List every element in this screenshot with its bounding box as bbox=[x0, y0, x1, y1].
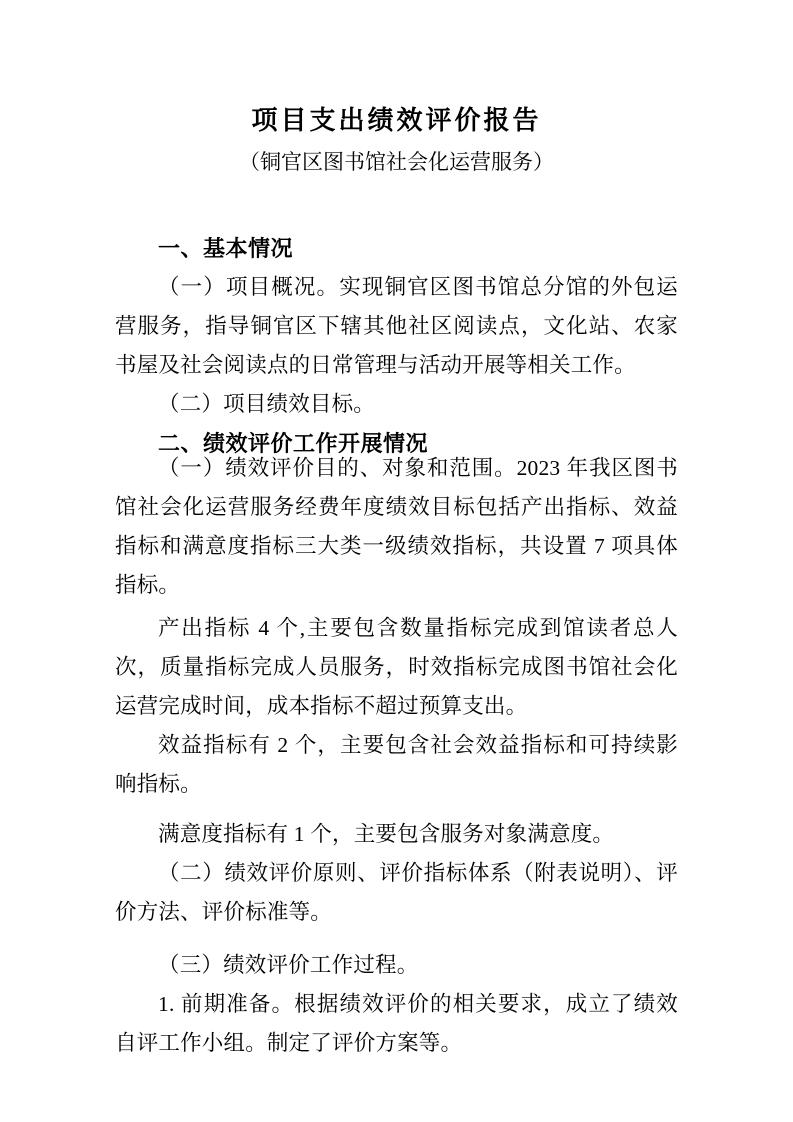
document-subtitle: （铜官区图书馆社会化运营服务） bbox=[115, 145, 678, 179]
document-title: 项目支出绩效评价报告 bbox=[115, 103, 678, 139]
paragraph: （一）项目概况。实现铜官区图书馆总分馆的外包运营服务，指导铜官区下辖其他社区阅读… bbox=[115, 268, 678, 385]
document-body: 一、基本情况（一）项目概况。实现铜官区图书馆总分馆的外包运营服务，指导铜官区下辖… bbox=[115, 229, 678, 1063]
paragraph: 满意度指标有 1 个，主要包含服务对象满意度。 bbox=[115, 815, 678, 854]
paragraph: （一）绩效评价目的、对象和范围。2023 年我区图书馆社会化运营服务经费年度绩效… bbox=[115, 449, 678, 605]
paragraph: （二）项目绩效目标。 bbox=[115, 385, 678, 424]
paragraph: 1. 前期准备。根据绩效评价的相关要求，成立了绩效自评工作小组。制定了评价方案等… bbox=[115, 985, 678, 1063]
paragraph: （二）绩效评价原则、评价指标体系（附表说明）、评价方法、评价标准等。 bbox=[115, 854, 678, 932]
section-heading: 一、基本情况 bbox=[115, 229, 678, 268]
paragraph: （三）绩效评价工作过程。 bbox=[115, 946, 678, 985]
document-page: 项目支出绩效评价报告 （铜官区图书馆社会化运营服务） 一、基本情况（一）项目概况… bbox=[0, 0, 793, 1122]
paragraph: 产出指标 4 个,主要包含数量指标完成到馆读者总人次，质量指标完成人员服务，时效… bbox=[115, 609, 678, 726]
paragraph: 效益指标有 2 个，主要包含社会效益指标和可持续影响指标。 bbox=[115, 726, 678, 804]
